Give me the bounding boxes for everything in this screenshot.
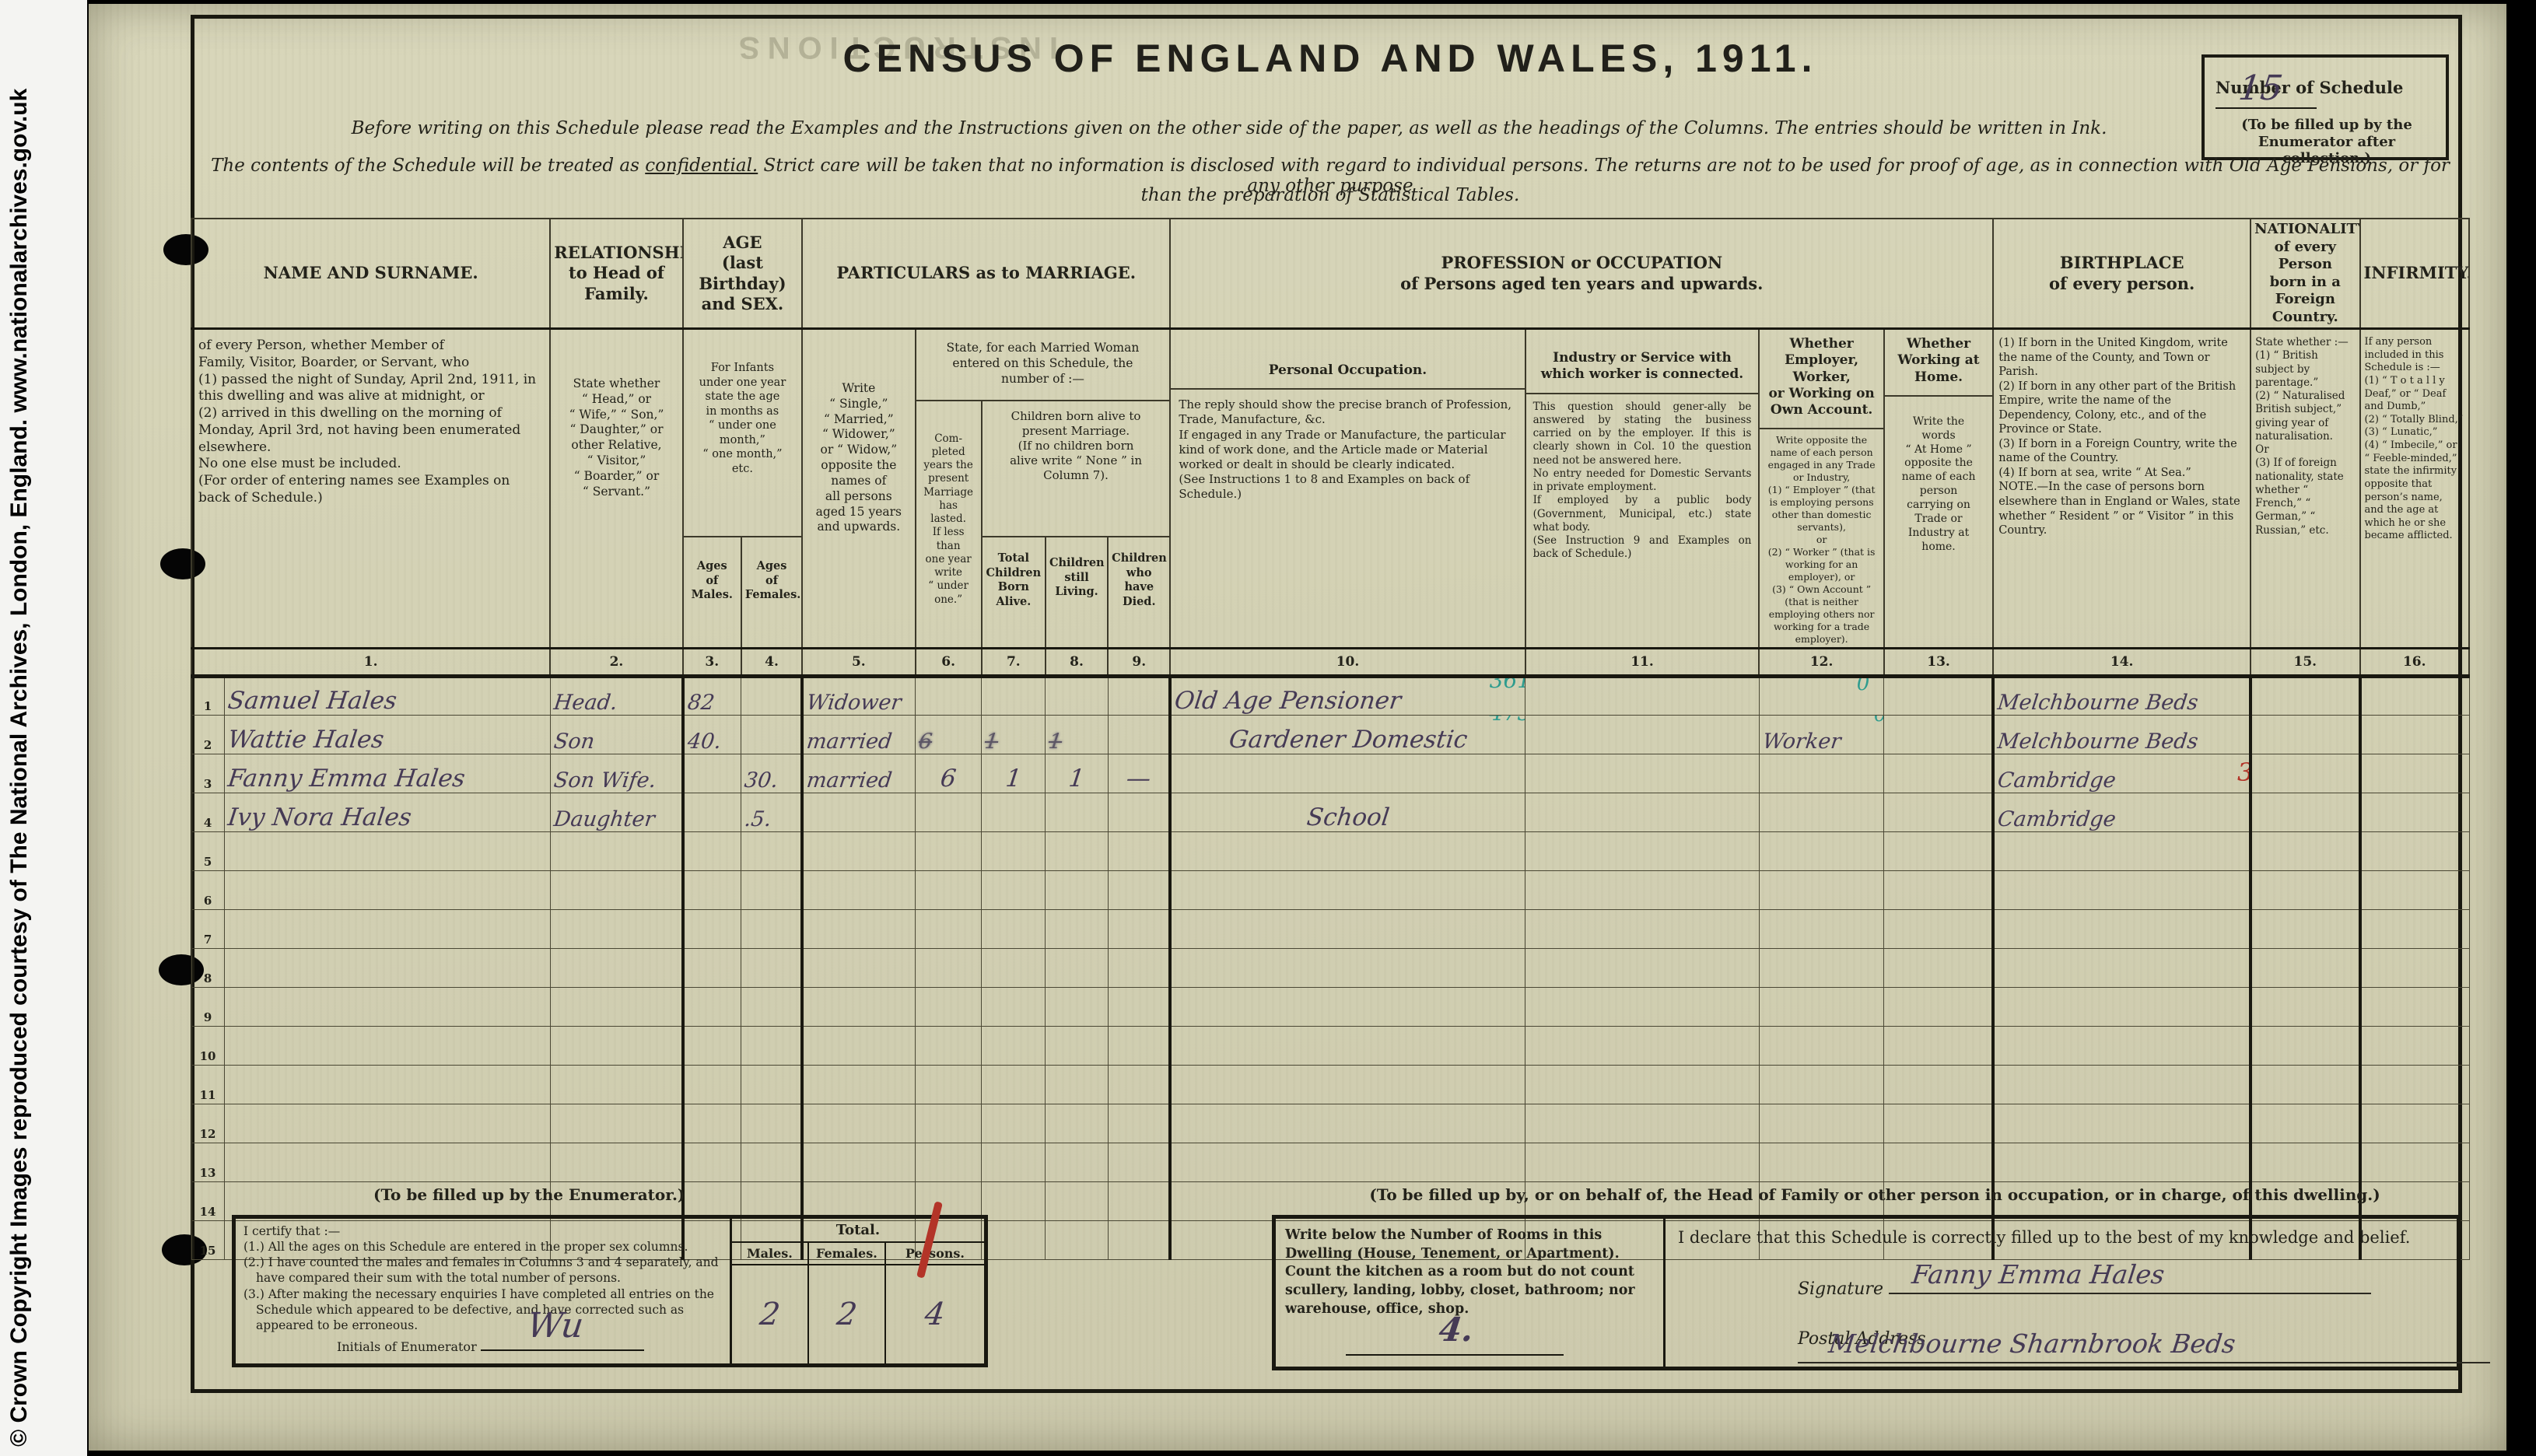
persons-total: 4 bbox=[923, 1299, 947, 1330]
industry-cell: Industry or Service with which worker is… bbox=[1525, 329, 1760, 649]
header-infirmity: INFIRMITY. bbox=[2360, 219, 2470, 329]
females-total: 2 bbox=[835, 1299, 858, 1330]
rooms-instructions: Write below the Number of Rooms in this … bbox=[1285, 1227, 1635, 1317]
age-male-entry: 82 bbox=[686, 692, 716, 713]
birthplace-entry: Cambridge bbox=[1997, 809, 2117, 830]
row-number: 12 bbox=[191, 1104, 224, 1143]
personal-occupation-head: Personal Occupation. bbox=[1174, 331, 1521, 383]
schedule-number-value: 15 bbox=[2237, 72, 2284, 106]
divider bbox=[1171, 388, 1524, 390]
household-box: Write below the Number of Rooms in this … bbox=[1272, 1215, 2461, 1370]
header-relationship: RELATIONSHIP to Head of Family. bbox=[550, 219, 682, 329]
row-number: 15 bbox=[191, 1221, 224, 1260]
married-woman-instructions: State, for each Married Woman entered on… bbox=[916, 329, 1171, 401]
rooms-rule: 4. bbox=[1346, 1354, 1564, 1356]
children-living-label: Children still Living. bbox=[1046, 537, 1108, 648]
col-num-15: 15. bbox=[2251, 649, 2359, 677]
row-number: 9 bbox=[191, 988, 224, 1027]
struck-entry: 1 bbox=[984, 731, 1000, 752]
employment-code-mark: 0 bbox=[1874, 716, 1884, 727]
marital-entry: Widower bbox=[805, 692, 902, 713]
name-instructions: of every Person, whether Member of Famil… bbox=[191, 329, 550, 649]
declaration-text: I declare that this Schedule is correctl… bbox=[1678, 1228, 2444, 1247]
age-female-entry: .5. bbox=[744, 809, 773, 830]
copyright-text: © Crown Copyright Images reproduced cour… bbox=[6, 89, 33, 1447]
row-number: 5 bbox=[191, 832, 224, 871]
employer-worker-cell: Whether Employer, Worker, or Working on … bbox=[1759, 329, 1883, 649]
enumerator-certification: I certify that :— (1.) All the ages on t… bbox=[236, 1219, 730, 1363]
signature-row: Signature Fanny Emma Hales bbox=[1798, 1279, 2371, 1299]
header-profession: PROFESSION or OCCUPATION of Persons aged… bbox=[1170, 219, 1993, 329]
children-born-entry: 1 bbox=[1004, 767, 1023, 791]
table-row-empty: 8 bbox=[191, 949, 2469, 988]
table-row-empty: 12 bbox=[191, 1104, 2469, 1143]
col-num-13: 13. bbox=[1884, 649, 1993, 677]
col-num-1: 1. bbox=[191, 649, 550, 677]
form-frame: INSTRUCTIONS CENSUS OF ENGLAND AND WALES… bbox=[191, 15, 2462, 1393]
signature-label: Signature bbox=[1798, 1279, 1883, 1299]
nationality-instructions: State whether :— (1) “ British subject b… bbox=[2251, 329, 2359, 649]
birthplace-code-mark: 340 bbox=[2237, 758, 2251, 787]
ages-males-label: Ages of Males. bbox=[683, 537, 741, 648]
females-label: Females. bbox=[809, 1243, 884, 1265]
name-entry: Samuel Hales bbox=[226, 689, 398, 713]
header-nationality: NATIONALITY of every Person born in a Fo… bbox=[2251, 219, 2359, 329]
divider bbox=[1885, 395, 1992, 397]
marital-condition-instructions: Write “ Single,” “ Married,” “ Widower,”… bbox=[802, 329, 915, 649]
declaration-cell: I declare that this Schedule is correctl… bbox=[1666, 1219, 2457, 1367]
age-female-entry: 30. bbox=[744, 770, 779, 791]
persons-label: Persons. bbox=[886, 1243, 984, 1265]
marital-entry: married bbox=[805, 770, 893, 791]
males-label: Males. bbox=[732, 1243, 807, 1265]
relationship-entry: Son Wife. bbox=[552, 770, 657, 791]
divider bbox=[1526, 393, 1759, 394]
signature-rule: Fanny Emma Hales bbox=[1889, 1282, 2371, 1294]
children-died-entry: — bbox=[1125, 767, 1152, 791]
certify-item-3: (3.) After making the necessary enquirie… bbox=[243, 1286, 723, 1333]
personal-occupation-body: The reply should show the precise branch… bbox=[1174, 394, 1521, 505]
relationship-instructions: State whether “ Head,” or “ Wife,” “ Son… bbox=[550, 329, 682, 649]
col-num-8: 8. bbox=[1046, 649, 1108, 677]
infirmity-instructions: If any person included in this Schedule … bbox=[2360, 329, 2470, 649]
row-number: 8 bbox=[191, 949, 224, 988]
table-row-empty: 5 bbox=[191, 832, 2469, 871]
column-number-row: 1. 2. 3. 4. 5. 6. 7. 8. 9. 10. 11. 12. 1… bbox=[191, 649, 2469, 677]
struck-entry: 1 bbox=[1048, 731, 1064, 752]
schedule-number-box: Number of Schedule 15 (To be filled up b… bbox=[2201, 54, 2449, 160]
struck-entry: 6 bbox=[917, 731, 933, 752]
postal-address-row: Postal Address Melchbourne Sharnbrook Be… bbox=[1798, 1329, 2490, 1368]
col-num-2: 2. bbox=[550, 649, 682, 677]
birthplace-instructions: (1) If born in the United Kingdom, write… bbox=[1993, 329, 2251, 649]
row-number: 3 bbox=[191, 754, 224, 793]
males-total: 2 bbox=[758, 1299, 781, 1330]
relationship-entry: Head. bbox=[552, 692, 618, 713]
col-num-5: 5. bbox=[802, 649, 915, 677]
table-row-empty: 11 bbox=[191, 1066, 2469, 1104]
postal-address-value: Melchbourne Sharnbrook Beds bbox=[1827, 1331, 2237, 1356]
personal-occupation-cell: Personal Occupation. The reply should sh… bbox=[1170, 329, 1525, 649]
industry-head: Industry or Service with which worker is… bbox=[1529, 331, 1756, 388]
col-num-6: 6. bbox=[916, 649, 982, 677]
rooms-value: 4. bbox=[1437, 1314, 1475, 1346]
header-age: AGE (last Birthday) and SEX. bbox=[683, 219, 802, 329]
ages-females-label: Ages of Females. bbox=[741, 537, 802, 648]
row-number: 4 bbox=[191, 793, 224, 832]
col-num-9: 9. bbox=[1108, 649, 1170, 677]
schedule-number-line: 15 bbox=[2215, 107, 2317, 109]
header-group-row: NAME AND SURNAME. RELATIONSHIP to Head o… bbox=[191, 219, 2469, 329]
household-section-label: (To be filled up by, or on behalf of, th… bbox=[1361, 1185, 2388, 1204]
birthplace-entry: Melchbourne Beds bbox=[1997, 731, 2200, 752]
employer-worker-head: Whether Employer, Worker, or Working on … bbox=[1763, 331, 1879, 423]
employment-code-mark: 0 bbox=[1857, 677, 1870, 696]
row-number: 13 bbox=[191, 1143, 224, 1182]
copyright-strip: © Crown Copyright Images reproduced cour… bbox=[0, 0, 87, 1456]
postal-address-rule: Melchbourne Sharnbrook Beds bbox=[1798, 1351, 2490, 1363]
col-num-14: 14. bbox=[1993, 649, 2251, 677]
employment-entry: Worker bbox=[1761, 731, 1842, 752]
confidential-underlined: confidential. bbox=[645, 156, 758, 176]
census-table: NAME AND SURNAME. RELATIONSHIP to Head o… bbox=[191, 218, 2470, 1260]
initials-line: Initials of Enumerator Wu bbox=[337, 1339, 644, 1356]
table-row-1: 1 Samuel Hales Head. 82 Widower Old Age … bbox=[191, 677, 2469, 716]
marital-entry: married bbox=[805, 731, 893, 752]
occupation-code-mark: 475 bbox=[1490, 716, 1525, 726]
col-num-16: 16. bbox=[2360, 649, 2470, 677]
occupation-code-mark: 361 bbox=[1490, 677, 1525, 694]
totals-males-col: Males. 2 bbox=[732, 1243, 809, 1363]
table-row-empty: 13 bbox=[191, 1143, 2469, 1182]
header-marriage: PARTICULARS as to MARRIAGE. bbox=[802, 219, 1170, 329]
totals-persons-col: Persons. 4 bbox=[886, 1243, 984, 1363]
header-birthplace: BIRTHPLACE of every person. bbox=[1993, 219, 2251, 329]
age-infants-instructions: For Infants under one year state the age… bbox=[683, 329, 802, 537]
table-row-2: 2 Wattie Hales Son 40. married 6 1 1 Gar… bbox=[191, 716, 2469, 754]
table-row-4: 4 Ivy Nora Hales Daughter .5. School Cam… bbox=[191, 793, 2469, 832]
certify-item-1: (1.) All the ages on this Schedule are e… bbox=[243, 1239, 723, 1255]
totals-header: Total. bbox=[732, 1219, 984, 1243]
col-num-12: 12. bbox=[1759, 649, 1883, 677]
working-at-home-head: Whether Working at Home. bbox=[1888, 331, 1989, 390]
table-row-empty: 6 bbox=[191, 871, 2469, 910]
occupation-entry: Gardener Domestic bbox=[1228, 728, 1469, 752]
row-number: 11 bbox=[191, 1066, 224, 1104]
table-row-empty: 7 bbox=[191, 910, 2469, 949]
relationship-entry: Son bbox=[552, 731, 595, 752]
name-entry: Ivy Nora Hales bbox=[226, 806, 413, 830]
occupation-entry: Old Age Pensioner bbox=[1173, 689, 1403, 713]
col-num-11: 11. bbox=[1525, 649, 1760, 677]
age-male-entry: 40. bbox=[686, 731, 722, 752]
certify-intro: I certify that :— bbox=[243, 1223, 723, 1239]
form-title: CENSUS OF ENGLAND AND WALES, 1911. bbox=[194, 36, 2466, 81]
children-born-instructions: Children born alive to present Marriage.… bbox=[982, 401, 1171, 537]
row-number: 1 bbox=[191, 677, 224, 716]
table-row-empty: 9 bbox=[191, 988, 2469, 1027]
initials-label: Initials of Enumerator bbox=[337, 1339, 477, 1354]
signature-value: Fanny Emma Hales bbox=[1911, 1262, 2166, 1287]
preamble-line1: Before writing on this Schedule please r… bbox=[241, 118, 2217, 138]
row-number: 10 bbox=[191, 1027, 224, 1066]
working-at-home-body: Write the words “ At Home ” opposite the… bbox=[1888, 401, 1989, 555]
row-number: 6 bbox=[191, 871, 224, 910]
relationship-entry: Daughter bbox=[552, 809, 656, 830]
industry-body: This question should gener-ally be answe… bbox=[1529, 399, 1756, 563]
table-row-3: 3 Fanny Emma Hales Son Wife. 30. married… bbox=[191, 754, 2469, 793]
row-number: 2 bbox=[191, 716, 224, 754]
enumerator-section-label: (To be filled up by the Enumerator.) bbox=[373, 1185, 685, 1204]
preamble-line3: than the preparation of Statistical Tabl… bbox=[210, 185, 2450, 205]
years-married-entry: 6 bbox=[939, 767, 958, 791]
row-number: 14 bbox=[191, 1182, 224, 1221]
working-at-home-cell: Whether Working at Home. Write the words… bbox=[1884, 329, 1993, 649]
col-num-10: 10. bbox=[1170, 649, 1525, 677]
name-entry: Wattie Hales bbox=[226, 728, 385, 752]
birthplace-entry: Melchbourne Beds bbox=[1997, 692, 2200, 713]
occupation-entry: School bbox=[1305, 806, 1391, 830]
header-instruction-row: of every Person, whether Member of Famil… bbox=[191, 329, 2469, 401]
completed-years-instructions: Com- pleted years the present Marriage h… bbox=[916, 401, 982, 649]
initials-rule: Wu bbox=[481, 1340, 644, 1351]
header-name: NAME AND SURNAME. bbox=[191, 219, 550, 329]
table-row-empty: 10 bbox=[191, 1027, 2469, 1066]
rooms-cell: Write below the Number of Rooms in this … bbox=[1276, 1219, 1666, 1367]
certify-item-2: (2.) I have counted the males and female… bbox=[243, 1255, 723, 1286]
children-living-entry: 1 bbox=[1067, 767, 1086, 791]
total-children-label: Total Children Born Alive. bbox=[982, 537, 1046, 648]
col-num-4: 4. bbox=[741, 649, 802, 677]
totals-females-col: Females. 2 bbox=[809, 1243, 886, 1363]
totals-table: Total. Males. 2 Females. 2 Persons. 4 bbox=[730, 1219, 984, 1363]
row-number: 7 bbox=[191, 910, 224, 949]
children-died-label: Children who have Died. bbox=[1108, 537, 1170, 648]
col-num-7: 7. bbox=[982, 649, 1046, 677]
col-num-3: 3. bbox=[683, 649, 741, 677]
name-entry: Fanny Emma Hales bbox=[226, 767, 466, 791]
enumerator-initials: Wu bbox=[525, 1309, 585, 1343]
birthplace-entry: Cambridge bbox=[1997, 770, 2117, 791]
enumerator-box: I certify that :— (1.) All the ages on t… bbox=[232, 1215, 988, 1367]
census-form-paper: INSTRUCTIONS CENSUS OF ENGLAND AND WALES… bbox=[89, 4, 2506, 1451]
divider bbox=[1760, 428, 1883, 429]
employer-worker-body: Write opposite the name of each person e… bbox=[1763, 434, 1879, 646]
